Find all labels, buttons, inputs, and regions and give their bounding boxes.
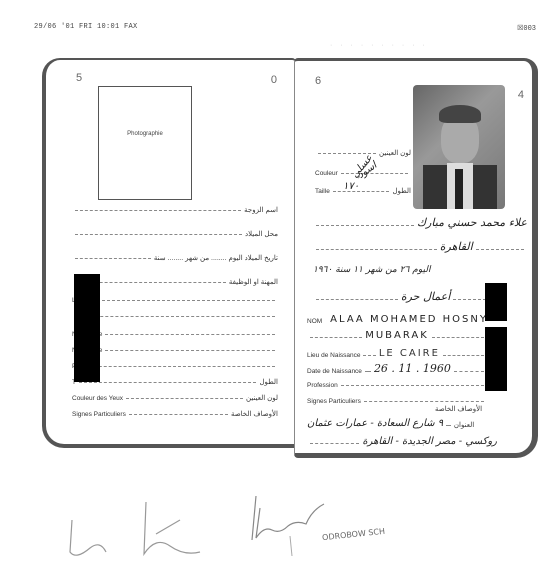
page-number: 4 (518, 89, 524, 101)
field-row: L'Epouse (72, 292, 278, 304)
field-label-ar: تاريخ الميلاد اليوم ........ من شهر ....… (154, 254, 278, 262)
field-row: Couleur des Yeuxلون العينين (72, 390, 278, 402)
redaction-block (485, 283, 507, 321)
faint-bleed-text: · · · · · · · · · · (330, 42, 428, 49)
field-label-fr: Couleur des Yeux (72, 395, 123, 402)
field-label-ar: لون العينين (246, 394, 278, 402)
field-row: تاريخ الميلاد اليوم ........ من شهر ....… (72, 250, 278, 262)
page-number: 0 (271, 74, 277, 86)
field-birthplace-ar: القاهرة (313, 237, 527, 253)
field-row: اسم الزوجة (72, 202, 278, 214)
fax-page-number: ☒003 (517, 24, 536, 33)
field-profession-ar: أعمال حرة (313, 287, 489, 303)
holder-photo (413, 85, 505, 209)
photo-label: Photographie (99, 131, 191, 137)
field-birthdate-ar: اليوم ٢٦ من شهر ١١ سنة ١٩٦٠ (313, 261, 527, 275)
field-address-2: روكسي - مصر الجديدة - القاهرة (307, 431, 497, 447)
redaction-block (485, 327, 507, 391)
field-row: محل الميلاد (72, 226, 278, 238)
passport-page-right: 6 4 لون العينين Couleur Tailleالطول عسلي… (294, 58, 538, 458)
signature-strokes (60, 490, 420, 560)
passport-page-left: 5 0 Photographie اسم الزوجةمحل الميلادتا… (42, 58, 296, 448)
field-profession: Profession (307, 377, 487, 389)
redaction-block (74, 274, 100, 382)
field-name-ar: علاء محمد حسني مبارك (313, 213, 527, 229)
page-number: 6 (315, 75, 321, 87)
field-signes-ar: الأوصاف الخاصة (435, 401, 495, 413)
passport-spread: 5 0 Photographie اسم الزوجةمحل الميلادتا… (42, 58, 536, 458)
field-address-1: ٩ شارع السعادة - عمارات عثمانالعنوان (307, 413, 517, 429)
field-row: Tالطول (72, 374, 278, 386)
photo-placeholder: Photographie (98, 86, 192, 200)
field-label-ar: المهنة او الوظيفة (229, 278, 278, 286)
signatures-area: ODROBOW SCH (60, 490, 420, 560)
page-number: 5 (76, 72, 82, 84)
field-label-ar: الطول (259, 378, 278, 386)
field-row: P (72, 358, 278, 370)
field-taille: Tailleالطول (315, 183, 411, 195)
field-date-naissance: Date de Naissance 26 . 11 . 1960 (307, 361, 487, 375)
field-label-ar: اسم الزوجة (244, 206, 278, 214)
field-row (72, 308, 278, 320)
fax-header: 29/06 '01 FRI 10:01 FAX (34, 23, 138, 31)
field-row: المهنة او الوظيفة (72, 274, 278, 286)
field-label-ar: الأوصاف الخاصة (231, 410, 278, 418)
field-label-ar: محل الميلاد (245, 230, 278, 238)
field-lieu-naissance: Lieu de Naissance LE CAIRE (307, 345, 487, 359)
handwritten-height: ١٧٠ (343, 181, 359, 192)
field-row: Signes Particuliersالأوصاف الخاصة (72, 406, 278, 418)
field-label-fr: Signes Particuliers (72, 411, 126, 418)
field-nom-2: MUBARAK (307, 327, 487, 341)
field-row: Naissance (72, 326, 278, 338)
field-row: Naissance (72, 342, 278, 354)
